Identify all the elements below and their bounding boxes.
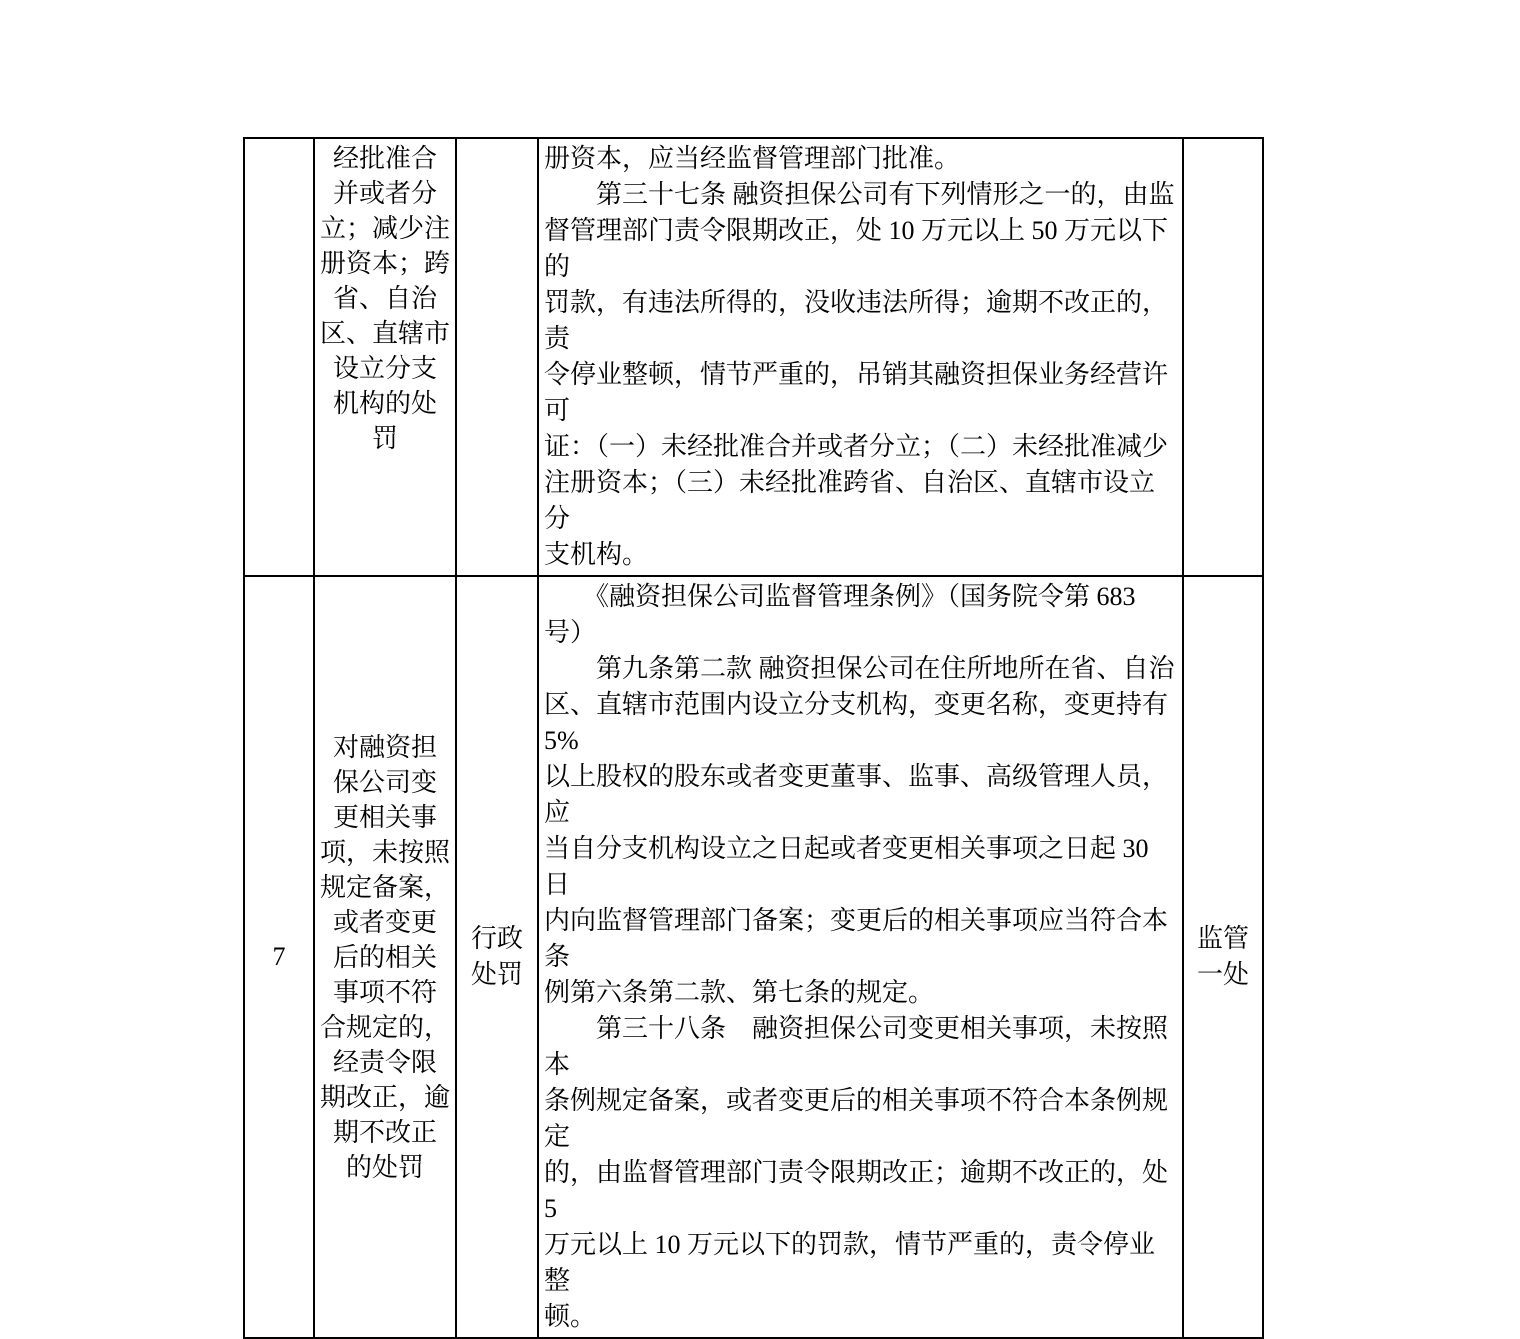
table-row-7: 7 对融资担 保公司变 更相关事 项，未按照 规定备案， 或者变更 后的相关 事…: [244, 576, 1263, 1338]
row1-seq-cell: [244, 138, 314, 576]
penalty-regulation-table: 经批准合 并或者分 立；减少注 册资本；跨 省、自治 区、直辖市 设立分支 机构…: [243, 137, 1264, 1339]
row7-department-cell: 监管 一处: [1183, 576, 1263, 1338]
row1-penalty-item-cell: 经批准合 并或者分 立；减少注 册资本；跨 省、自治 区、直辖市 设立分支 机构…: [314, 138, 456, 576]
row7-penalty-item-text: 对融资担 保公司变 更相关事 项，未按照 规定备案， 或者变更 后的相关 事项不…: [320, 730, 450, 1185]
row7-seq-text: 7: [250, 939, 308, 975]
row7-penalty-item-cell: 对融资担 保公司变 更相关事 项，未按照 规定备案， 或者变更 后的相关 事项不…: [314, 576, 456, 1338]
row7-department-text: 监管 一处: [1189, 921, 1257, 993]
row7-seq-cell: 7: [244, 576, 314, 1338]
table-row-continued: 经批准合 并或者分 立；减少注 册资本；跨 省、自治 区、直辖市 设立分支 机构…: [244, 138, 1263, 576]
row1-legal-basis-cell: 册资本，应当经监督管理部门批准。 第三十七条 融资担保公司有下列情形之一的，由监…: [538, 138, 1183, 576]
row7-penalty-type-cell: 行政 处罚: [456, 576, 538, 1338]
row7-penalty-type-text: 行政 处罚: [462, 921, 532, 993]
row1-department-cell: [1183, 138, 1263, 576]
row7-legal-basis-cell: 《融资担保公司监督管理条例》（国务院令第 683 号） 第九条第二款 融资担保公…: [538, 576, 1183, 1338]
row7-legal-basis-text: 《融资担保公司监督管理条例》（国务院令第 683 号） 第九条第二款 融资担保公…: [544, 579, 1177, 1335]
row1-penalty-item-text: 经批准合 并或者分 立；减少注 册资本；跨 省、自治 区、直辖市 设立分支 机构…: [320, 141, 450, 456]
row1-penalty-type-cell: [456, 138, 538, 576]
row1-legal-basis-text: 册资本，应当经监督管理部门批准。 第三十七条 融资担保公司有下列情形之一的，由监…: [544, 141, 1177, 573]
